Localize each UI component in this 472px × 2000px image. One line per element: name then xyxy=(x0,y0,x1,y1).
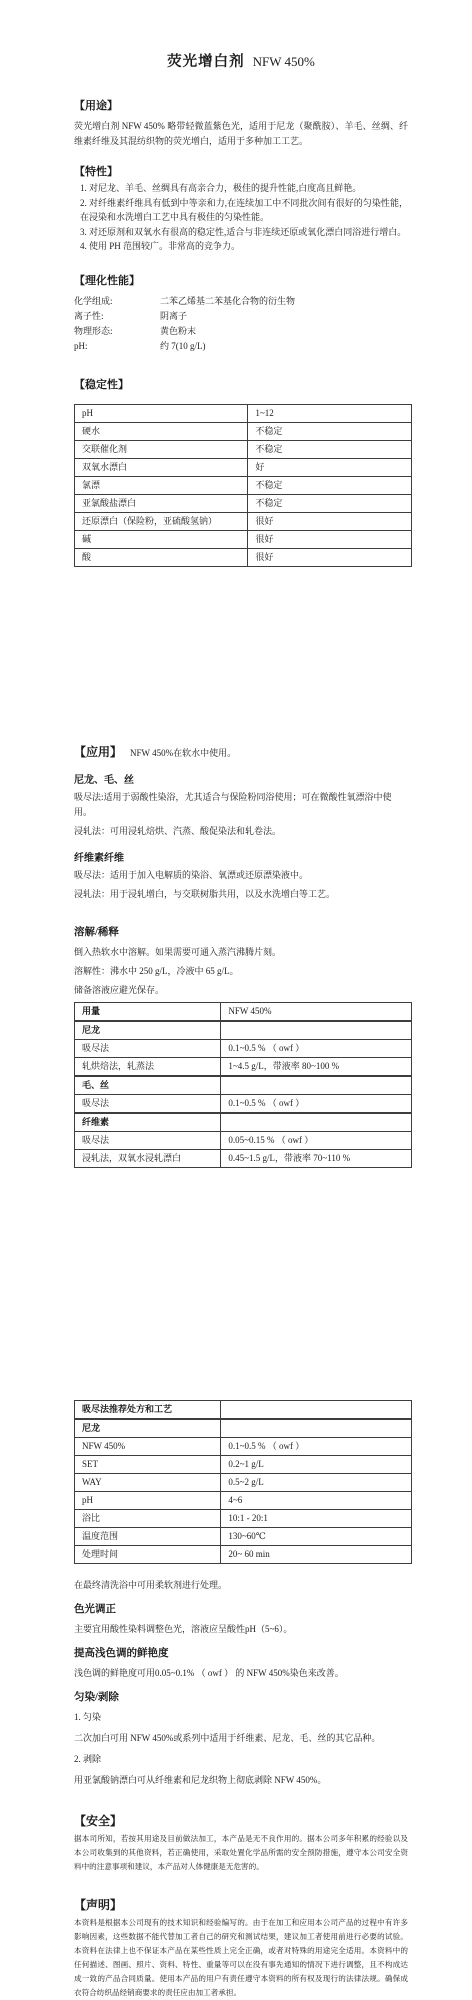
table-cell-label: SET xyxy=(75,1455,221,1473)
section-levelling-stripping: 匀染/剥除 1. 匀染 二次加白可用 NFW 450%或系列中适用于纤维素、尼龙… xyxy=(74,1689,408,1788)
table-cell-value xyxy=(221,1419,412,1438)
table-cell-label: 吸尽法 xyxy=(75,1094,221,1113)
subheading-nylon-wool-silk: 尼龙、毛、丝 xyxy=(74,771,408,786)
section-shade-correction: 色光调正 主要宜用酸性染料调整色光，溶液应呈酸性pH（5~6）。 xyxy=(74,1601,408,1637)
table-cell-value: 0.1~0.5 % （ owf ） xyxy=(221,1039,412,1057)
cellulose-pad-method: 浸轧法：用于浸轧增白，与交联树脂共用，以及水洗增白等工艺。 xyxy=(74,887,408,902)
section-statement: 【声明】 本资料是根据本公司现有的技术知识和经验编写的。由于在加工和应用本公司产… xyxy=(74,1896,408,2000)
table-cell-value: 130~60℃ xyxy=(221,1527,412,1545)
table-cell-value: 很好 xyxy=(248,548,412,566)
table-cell-value: 很好 xyxy=(248,530,412,548)
table-cell-label: 浴比 xyxy=(75,1509,221,1527)
table-row: 浸轧法，双氧水浸轧漂白0.45~1.5 g/L，带液率 70~110 % xyxy=(75,1149,412,1167)
property-label: 离子性: xyxy=(74,309,160,324)
table-row: 碱很好 xyxy=(75,530,412,548)
table-cell-label: 吸尽法推荐处方和工艺 xyxy=(75,1400,221,1419)
application-pad-method: 浸轧法：可用浸轧焙烘、汽蒸、酸促染法和轧卷法。 xyxy=(74,824,408,839)
table-cell-label: 亚氯酸盐漂白 xyxy=(75,494,248,512)
table-cell-value: 1~4.5 g/L，带液率 80~100 % xyxy=(221,1057,412,1076)
table-cell-value: NFW 450% xyxy=(221,1002,412,1021)
levelling-item: 二次加白可用 NFW 450%或系列中适用于纤维素、尼龙、毛、丝的其它品种。 xyxy=(74,1731,408,1746)
table-group-row: 毛、丝 xyxy=(75,1076,412,1095)
table-group-row: 尼龙 xyxy=(75,1021,412,1040)
table-row: NFW 450%0.1~0.5 % （ owf ） xyxy=(75,1437,412,1455)
property-row: 离子性: 阴离子 xyxy=(74,309,408,324)
blank-spacer xyxy=(74,1168,408,1400)
table-cell-value xyxy=(221,1076,412,1095)
blank-spacer xyxy=(74,567,408,743)
table-cell-value: 好 xyxy=(248,458,412,476)
table-cell-label: 尼龙 xyxy=(75,1021,221,1040)
safety-paragraph: 据本司所知，若按其用途及目前做法加工，本产品是无不良作用的。据本公司多年积累的经… xyxy=(74,1832,408,1874)
usage-paragraph: 荧光增白剂 NFW 450% 略带轻微蓝紫色光，适用于尼龙（聚酰胺）、羊毛、丝绸… xyxy=(74,119,408,149)
table-row: 还原漂白（保险粉，亚硫酸氢钠）很好 xyxy=(75,512,412,530)
subheading-cellulose-fiber: 纤维素纤维 xyxy=(74,849,408,864)
property-row: 化学组成: 二苯乙烯基二苯基化合物的衍生物 xyxy=(74,294,408,309)
table-cell-value: 1~12 xyxy=(248,404,412,422)
property-row: 物理形态: 黄色粉末 xyxy=(74,324,408,339)
table-cell-value: 不稳定 xyxy=(248,494,412,512)
property-label: 物理形态: xyxy=(74,324,160,339)
table-header-row: 吸尽法推荐处方和工艺 xyxy=(75,1400,412,1419)
product-code: NFW 450% xyxy=(253,54,315,69)
table-row: 酸很好 xyxy=(75,548,412,566)
table-cell-value: 0.5~2 g/L xyxy=(221,1473,412,1491)
table-cell-label: 尼龙 xyxy=(75,1419,221,1438)
cellulose-exhaust-method: 吸尽法：适用于加入电解质的染浴、氧漂或还原漂染液中。 xyxy=(74,868,408,883)
table-row: 轧烘焙法，轧蒸法1~4.5 g/L，带液率 80~100 % xyxy=(75,1057,412,1076)
section-stability: 【稳定性】 pH1~12 硬水不稳定 交联催化剂不稳定 双氧水漂白好 氯漂不稳定… xyxy=(74,376,408,567)
table-cell-value: 4~6 xyxy=(221,1491,412,1509)
table-cell-label: 酸 xyxy=(75,548,248,566)
table-cell-label: 吸尽法 xyxy=(75,1039,221,1057)
table-cell-value: 0.1~0.5 % （ owf ） xyxy=(221,1437,412,1455)
softener-note: 在最终清洗浴中可用柔软剂进行处理。 xyxy=(74,1578,408,1593)
product-name-cn: 荧光增白剂 xyxy=(167,54,245,70)
property-value: 黄色粉末 xyxy=(160,324,408,339)
table-cell-value xyxy=(221,1113,412,1132)
application-intro: NFW 450%在软水中使用。 xyxy=(130,748,236,758)
table-row: 双氧水漂白好 xyxy=(75,458,412,476)
shade-body: 主要宜用酸性染料调整色光，溶液应呈酸性pH（5~6）。 xyxy=(74,1622,408,1637)
property-value: 二苯乙烯基二苯基化合物的衍生物 xyxy=(160,294,408,309)
table-cell-label: 硬水 xyxy=(75,422,248,440)
table-row: 硬水不稳定 xyxy=(75,422,412,440)
table-header-row: 用量NFW 450% xyxy=(75,1002,412,1021)
table-cell-label: 用量 xyxy=(75,1002,221,1021)
feature-item: 1. 对尼龙、羊毛、丝绸具有高亲合力，极佳的提升性能,白度高且鲜艳。 xyxy=(74,181,408,196)
feature-item: 3. 对还原剂和双氧水有很高的稳定性,适合与非连续还原或氧化漂白同浴进行增白。 xyxy=(74,225,408,240)
table-cell-label: 双氧水漂白 xyxy=(75,458,248,476)
table-row: 吸尽法0.1~0.5 % （ owf ） xyxy=(75,1039,412,1057)
application-heading-line: 【应用】NFW 450%在软水中使用。 xyxy=(74,743,408,761)
table-row: 亚氯酸盐漂白不稳定 xyxy=(75,494,412,512)
stability-heading: 【稳定性】 xyxy=(74,376,408,392)
table-group-row: 尼龙 xyxy=(75,1419,412,1438)
page-title: 荧光增白剂 NFW 450% xyxy=(74,50,408,71)
table-cell-label: 氯漂 xyxy=(75,476,248,494)
table-row: 氯漂不稳定 xyxy=(75,476,412,494)
section-safety: 【安全】 据本司所知，若按其用途及目前做法加工，本产品是无不良作用的。据本公司多… xyxy=(74,1812,408,1874)
section-dissolve: 溶解/稀释 倒入热软水中溶解。如果需要可通入蒸汽沸腾片刻。 溶解性：沸水中 25… xyxy=(74,924,408,998)
features-heading: 【特性】 xyxy=(74,163,408,179)
table-cell-label: 处理时间 xyxy=(75,1545,221,1563)
section-brilliance: 提高浅色调的鲜艳度 浅色调的鲜艳度可用0.05~0.1% （ owf ） 的 N… xyxy=(74,1645,408,1681)
table-cell-value: 不稳定 xyxy=(248,476,412,494)
table-row: SET0.2~1 g/L xyxy=(75,1455,412,1473)
table-row: pH4~6 xyxy=(75,1491,412,1509)
dissolve-heading: 溶解/稀释 xyxy=(74,924,408,939)
brilliance-heading: 提高浅色调的鲜艳度 xyxy=(74,1645,408,1660)
levelling-item: 用亚氯酸钠漂白可从纤维素和尼龙织物上彻底剥除 NFW 450%。 xyxy=(74,1773,408,1788)
table-cell-value xyxy=(221,1400,412,1419)
table-cell-value: 0.1~0.5 % （ owf ） xyxy=(221,1094,412,1113)
section-features: 【特性】 1. 对尼龙、羊毛、丝绸具有高亲合力，极佳的提升性能,白度高且鲜艳。 … xyxy=(74,163,408,254)
statement-heading: 【声明】 xyxy=(74,1896,408,1913)
table-cell-value: 很好 xyxy=(248,512,412,530)
safety-heading: 【安全】 xyxy=(74,1812,408,1829)
section-physchem: 【理化性能】 化学组成: 二苯乙烯基二苯基化合物的衍生物 离子性: 阴离子 物理… xyxy=(74,272,408,354)
table-cell-value xyxy=(221,1021,412,1040)
table-row: pH1~12 xyxy=(75,404,412,422)
table-row: 浴比10:1 - 20:1 xyxy=(75,1509,412,1527)
table-cell-label: pH xyxy=(75,404,248,422)
property-row: pH: 约 7(10 g/L) xyxy=(74,339,408,354)
dissolve-instruction: 倒入热软水中溶解。如果需要可通入蒸汽沸腾片刻。 xyxy=(74,945,408,960)
usage-heading: 【用途】 xyxy=(74,97,408,113)
table-cell-value: 20~ 60 min xyxy=(221,1545,412,1563)
table-cell-label: pH xyxy=(75,1491,221,1509)
physchem-heading: 【理化性能】 xyxy=(74,272,408,288)
table-cell-value: 10:1 - 20:1 xyxy=(221,1509,412,1527)
property-value: 阴离子 xyxy=(160,309,408,324)
table-row: 温度范围130~60℃ xyxy=(75,1527,412,1545)
table-cell-label: NFW 450% xyxy=(75,1437,221,1455)
levelling-item: 2. 剥除 xyxy=(74,1752,408,1767)
table-cell-value: 0.05~0.15 % （ owf ） xyxy=(221,1131,412,1149)
shade-heading: 色光调正 xyxy=(74,1601,408,1616)
solubility-values: 溶解性：沸水中 250 g/L，冷液中 65 g/L。 xyxy=(74,964,408,979)
table-cell-label: 轧烘焙法，轧蒸法 xyxy=(75,1057,221,1076)
brilliance-body: 浅色调的鲜艳度可用0.05~0.1% （ owf ） 的 NFW 450%染色来… xyxy=(74,1666,408,1681)
levelling-heading: 匀染/剥除 xyxy=(74,1689,408,1704)
feature-item: 4. 使用 PH 范围较广。非常高的竞争力。 xyxy=(74,239,408,254)
property-label: pH: xyxy=(74,339,160,354)
levelling-item: 1. 匀染 xyxy=(74,1710,408,1725)
document-page: 荧光增白剂 NFW 450% 【用途】 荧光增白剂 NFW 450% 略带轻微蓝… xyxy=(0,0,472,2000)
table-cell-label: 吸尽法 xyxy=(75,1131,221,1149)
table-cell-label: 毛、丝 xyxy=(75,1076,221,1095)
application-exhaust-method: 吸尽法:适用于弱酸性染浴，尤其适合与保险粉同浴使用；可在微酸性氧漂浴中使用。 xyxy=(74,790,408,820)
property-label: 化学组成: xyxy=(74,294,160,309)
table-row: 吸尽法0.1~0.5 % （ owf ） xyxy=(75,1094,412,1113)
feature-item: 2. 对纤维素纤维具有低到中等亲和力,在连续加工中不同批次间有很好的匀染性能，在… xyxy=(74,196,408,225)
table-cell-label: 交联催化剂 xyxy=(75,440,248,458)
table-cell-value: 0.45~1.5 g/L，带液率 70~110 % xyxy=(221,1149,412,1167)
statement-paragraph: 本资料是根据本公司现有的技术知识和经验编写的。由于在加工和应用本公司产品的过程中… xyxy=(74,1916,408,2000)
property-value: 约 7(10 g/L) xyxy=(160,339,408,354)
table-row: 交联催化剂不稳定 xyxy=(75,440,412,458)
table-group-row: 纤维素 xyxy=(75,1113,412,1132)
table-row: 吸尽法0.05~0.15 % （ owf ） xyxy=(75,1131,412,1149)
table-cell-label: 还原漂白（保险粉，亚硫酸氢钠） xyxy=(75,512,248,530)
application-heading: 【应用】 xyxy=(74,745,122,759)
table-cell-label: 温度范围 xyxy=(75,1527,221,1545)
section-usage: 【用途】 荧光增白剂 NFW 450% 略带轻微蓝紫色光，适用于尼龙（聚酰胺）、… xyxy=(74,97,408,149)
stability-table: pH1~12 硬水不稳定 交联催化剂不稳定 双氧水漂白好 氯漂不稳定 亚氯酸盐漂… xyxy=(74,404,412,567)
table-cell-label: 碱 xyxy=(75,530,248,548)
storage-note: 储备溶液应避光保存。 xyxy=(74,983,408,998)
table-cell-label: 纤维素 xyxy=(75,1113,221,1132)
table-cell-label: WAY xyxy=(75,1473,221,1491)
table-row: WAY0.5~2 g/L xyxy=(75,1473,412,1491)
table-cell-label: 浸轧法，双氧水浸轧漂白 xyxy=(75,1149,221,1167)
table-cell-value: 不稳定 xyxy=(248,440,412,458)
table-row: 处理时间20~ 60 min xyxy=(75,1545,412,1563)
section-application: 【应用】NFW 450%在软水中使用。 尼龙、毛、丝 吸尽法:适用于弱酸性染浴，… xyxy=(74,743,408,902)
recipe-table: 吸尽法推荐处方和工艺 尼龙 NFW 450%0.1~0.5 % （ owf ） … xyxy=(74,1400,412,1564)
table-cell-value: 0.2~1 g/L xyxy=(221,1455,412,1473)
dosage-table: 用量NFW 450% 尼龙 吸尽法0.1~0.5 % （ owf ） 轧烘焙法，… xyxy=(74,1002,412,1168)
table-cell-value: 不稳定 xyxy=(248,422,412,440)
